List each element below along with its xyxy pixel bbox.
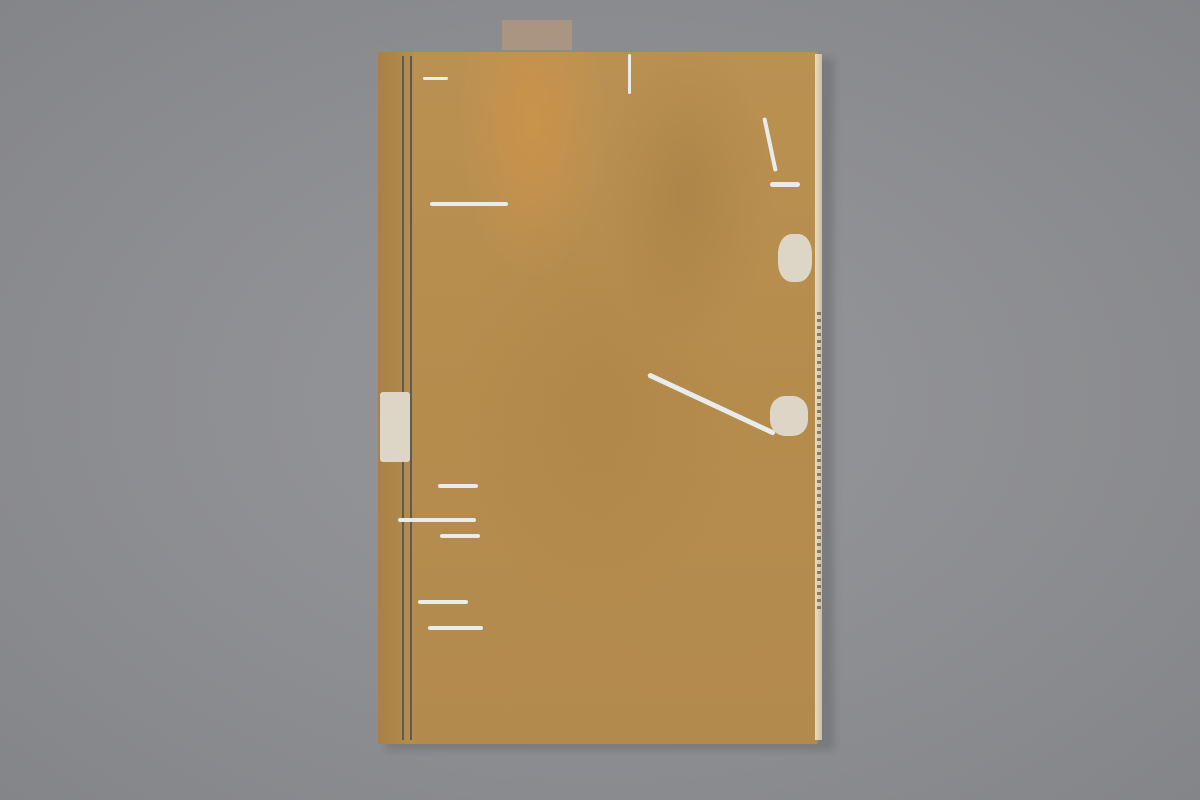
cover-damage: [380, 392, 410, 462]
cover-damage: [430, 202, 508, 206]
paper-tab: [502, 20, 572, 50]
cover-damage: [647, 372, 776, 436]
cover-damage: [762, 117, 777, 172]
cover-damage: [438, 484, 478, 488]
book-cover: [378, 52, 818, 744]
page-edge-ink: [817, 312, 821, 612]
cover-damage: [428, 626, 483, 630]
cover-damage: [778, 234, 812, 282]
binding-thread: [410, 56, 412, 740]
cover-damage: [770, 396, 808, 436]
cover-damage: [770, 182, 800, 187]
cover-damage: [423, 77, 448, 80]
cover-damage: [398, 518, 476, 522]
cover-damage: [418, 600, 468, 604]
cover-damage: [628, 54, 631, 94]
cover-damage: [440, 534, 480, 538]
